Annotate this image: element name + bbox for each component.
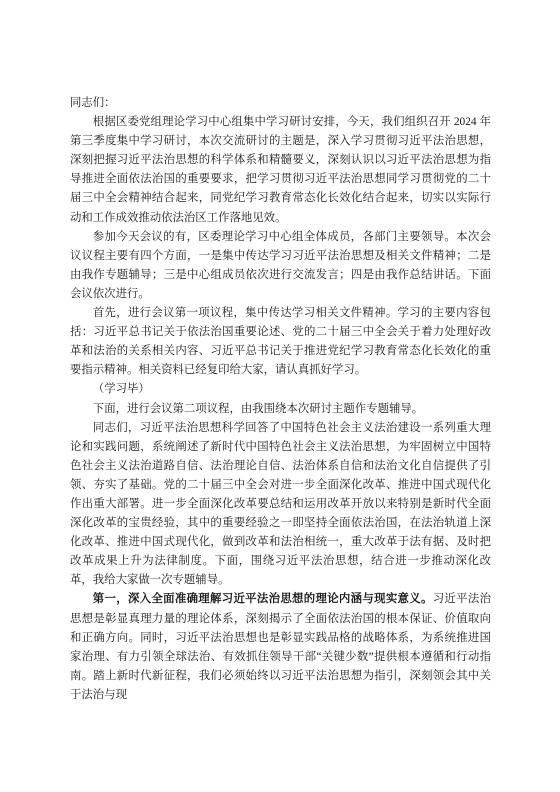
paragraph: 第一，深入全面准确理解习近平法治思想的理论内涵与现实意义。习近平法治思想是彰显真…	[70, 590, 491, 705]
paragraph-text: 首先，进行会议第一项议程，集中传达学习相关文件精神。学习的主要内容包括：习近平总…	[70, 307, 491, 376]
paragraph: 参加今天会议的有，区委理论学习中心组全体成员，各部门主要领导。本次会议议程主要有…	[70, 228, 491, 304]
paragraph-text: 根据区委党组理论学习中心组集中学习研讨安排，今天，我们组织召开 2024 年第三…	[70, 116, 491, 223]
paragraph: 首先，进行会议第一项议程，集中传达学习相关文件精神。学习的主要内容包括：习近平总…	[70, 304, 491, 380]
paragraph-text: 习近平法治思想是彰显真理力量的理论体系，深刻揭示了全面依法治国的根本保证、价值取…	[70, 593, 491, 700]
salutation: 同志们：	[70, 94, 491, 113]
paragraph-text: 下面，进行会议第二项议程，由我围绕本次研讨主题作专题辅导。	[93, 403, 423, 415]
paragraph: 下面，进行会议第二项议程，由我围绕本次研讨主题作专题辅导。	[70, 400, 491, 419]
paragraph-bold-lead: 第一，深入全面准确理解习近平法治思想的理论内涵与现实意义。	[93, 593, 433, 605]
document-page: 同志们： 根据区委党组理论学习中心组集中学习研讨安排，今天，我们组织召开 202…	[0, 0, 560, 792]
paragraph-text: 同志们，习近平法治思想科学回答了中国特色社会主义法治建设一系列重大理论和实践问题…	[70, 422, 491, 587]
paragraph-text: 参加今天会议的有，区委理论学习中心组全体成员，各部门主要领导。本次会议议程主要有…	[70, 231, 491, 300]
paragraph: 根据区委党组理论学习中心组集中学习研讨安排，今天，我们组织召开 2024 年第三…	[70, 113, 491, 228]
document-body: 同志们： 根据区委党组理论学习中心组集中学习研讨安排，今天，我们组织召开 202…	[70, 94, 491, 705]
paragraph: （学习毕）	[70, 380, 491, 399]
paragraph-text: （学习毕）	[93, 383, 150, 395]
paragraph: 同志们，习近平法治思想科学回答了中国特色社会主义法治建设一系列重大理论和实践问题…	[70, 419, 491, 591]
